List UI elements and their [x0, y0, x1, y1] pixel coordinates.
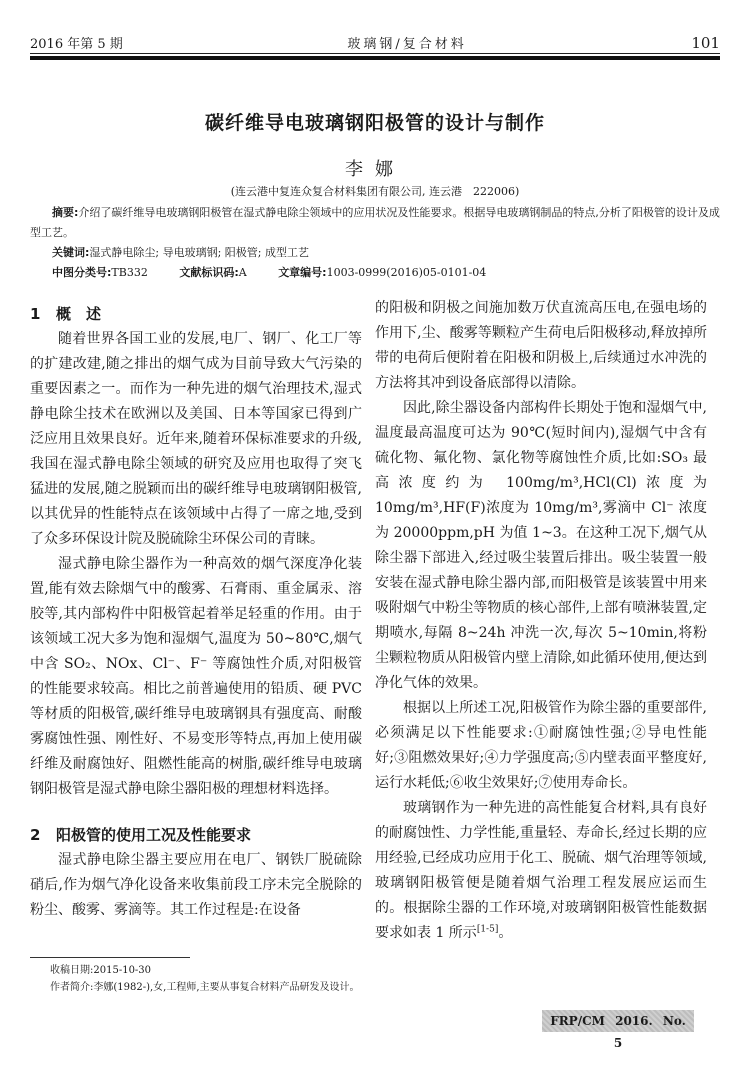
author-bio: 作者简介:李娜(1982-),女,工程师,主要从事复合材料产品研发及设计。: [50, 979, 360, 996]
author-name: 李娜: [0, 155, 750, 181]
paragraph: 随着世界各国工业的发展,电厂、钢厂、化工厂等的扩建改建,随之排出的烟气成为目前导…: [30, 327, 362, 552]
article-title: 碳纤维导电玻璃钢阳极管的设计与制作: [0, 108, 750, 135]
abstract: 摘要:介绍了碳纤维导电玻璃钢阳极管在湿式静电除尘领域中的应用状况及性能要求。根据…: [30, 203, 720, 243]
paragraph: 玻璃钢作为一种先进的高性能复合材料,具有良好的耐腐蚀性、力学性能,重量轻、寿命长…: [375, 796, 707, 946]
classification-line: 中图分类号:TB332 文献标识码:A 文章编号:1003-0999(2016)…: [52, 263, 720, 283]
footnotes: 收稿日期:2015-10-30 作者简介:李娜(1982-),女,工程师,主要从…: [50, 962, 360, 996]
paragraph: 根据以上所述工况,阳极管作为除尘器的重要部件,必须满足以下性能要求:①耐腐蚀性强…: [375, 696, 707, 796]
article-number: 文章编号:1003-0999(2016)05-0101-04: [278, 266, 486, 279]
issue-label: 2016 年第 5 期: [30, 33, 123, 52]
header-rule-thick: [30, 56, 720, 60]
section-heading-1: 1概 述: [30, 303, 362, 325]
received-date: 收稿日期:2015-10-30: [50, 962, 360, 979]
abstract-block: 摘要:介绍了碳纤维导电玻璃钢阳极管在湿式静电除尘领域中的应用状况及性能要求。根据…: [30, 203, 720, 283]
section-heading-2: 2阳极管的使用工况及性能要求: [30, 824, 362, 846]
keywords: 关键词:湿式静电除尘; 导电玻璃钢; 阳极管; 成型工艺: [30, 243, 720, 263]
citation-ref: [1-5]: [477, 924, 499, 934]
journal-stamp: FRP/CM 2016. No. 5: [542, 1010, 694, 1032]
paragraph: 湿式静电除尘器主要应用在电厂、钢铁厂脱硫除硝后,作为烟气净化设备来收集前段工序未…: [30, 848, 362, 923]
paragraph: 湿式静电除尘器作为一种高效的烟气深度净化装置,能有效去除烟气中的酸雾、石膏雨、重…: [30, 552, 362, 802]
clc-number: 中图分类号:TB332: [52, 266, 148, 279]
document-code: 文献标识码:A: [179, 266, 246, 279]
right-column: 的阳极和阴极之间施加数万伏直流高压电,在强电场的作用下,尘、酸雾等颗粒产生荷电后…: [375, 296, 707, 946]
author-affiliation: (连云港中复连众复合材料集团有限公司, 连云港 222006): [0, 183, 750, 199]
left-column: 1概 述 随着世界各国工业的发展,电厂、钢厂、化工厂等的扩建改建,随之排出的烟气…: [30, 303, 362, 923]
footnote-rule: [30, 957, 190, 958]
journal-name: 玻璃钢/复合材料: [347, 33, 466, 52]
header-rule-thin: [30, 53, 720, 54]
page-number: 101: [691, 34, 720, 52]
paragraph: 因此,除尘器设备内部构件长期处于饱和湿烟气中,温度最高温度可达为 90℃(短时间…: [375, 396, 707, 696]
running-header: 2016 年第 5 期 玻璃钢/复合材料 101: [30, 32, 720, 52]
paragraph-continuation: 的阳极和阴极之间施加数万伏直流高压电,在强电场的作用下,尘、酸雾等颗粒产生荷电后…: [375, 296, 707, 396]
